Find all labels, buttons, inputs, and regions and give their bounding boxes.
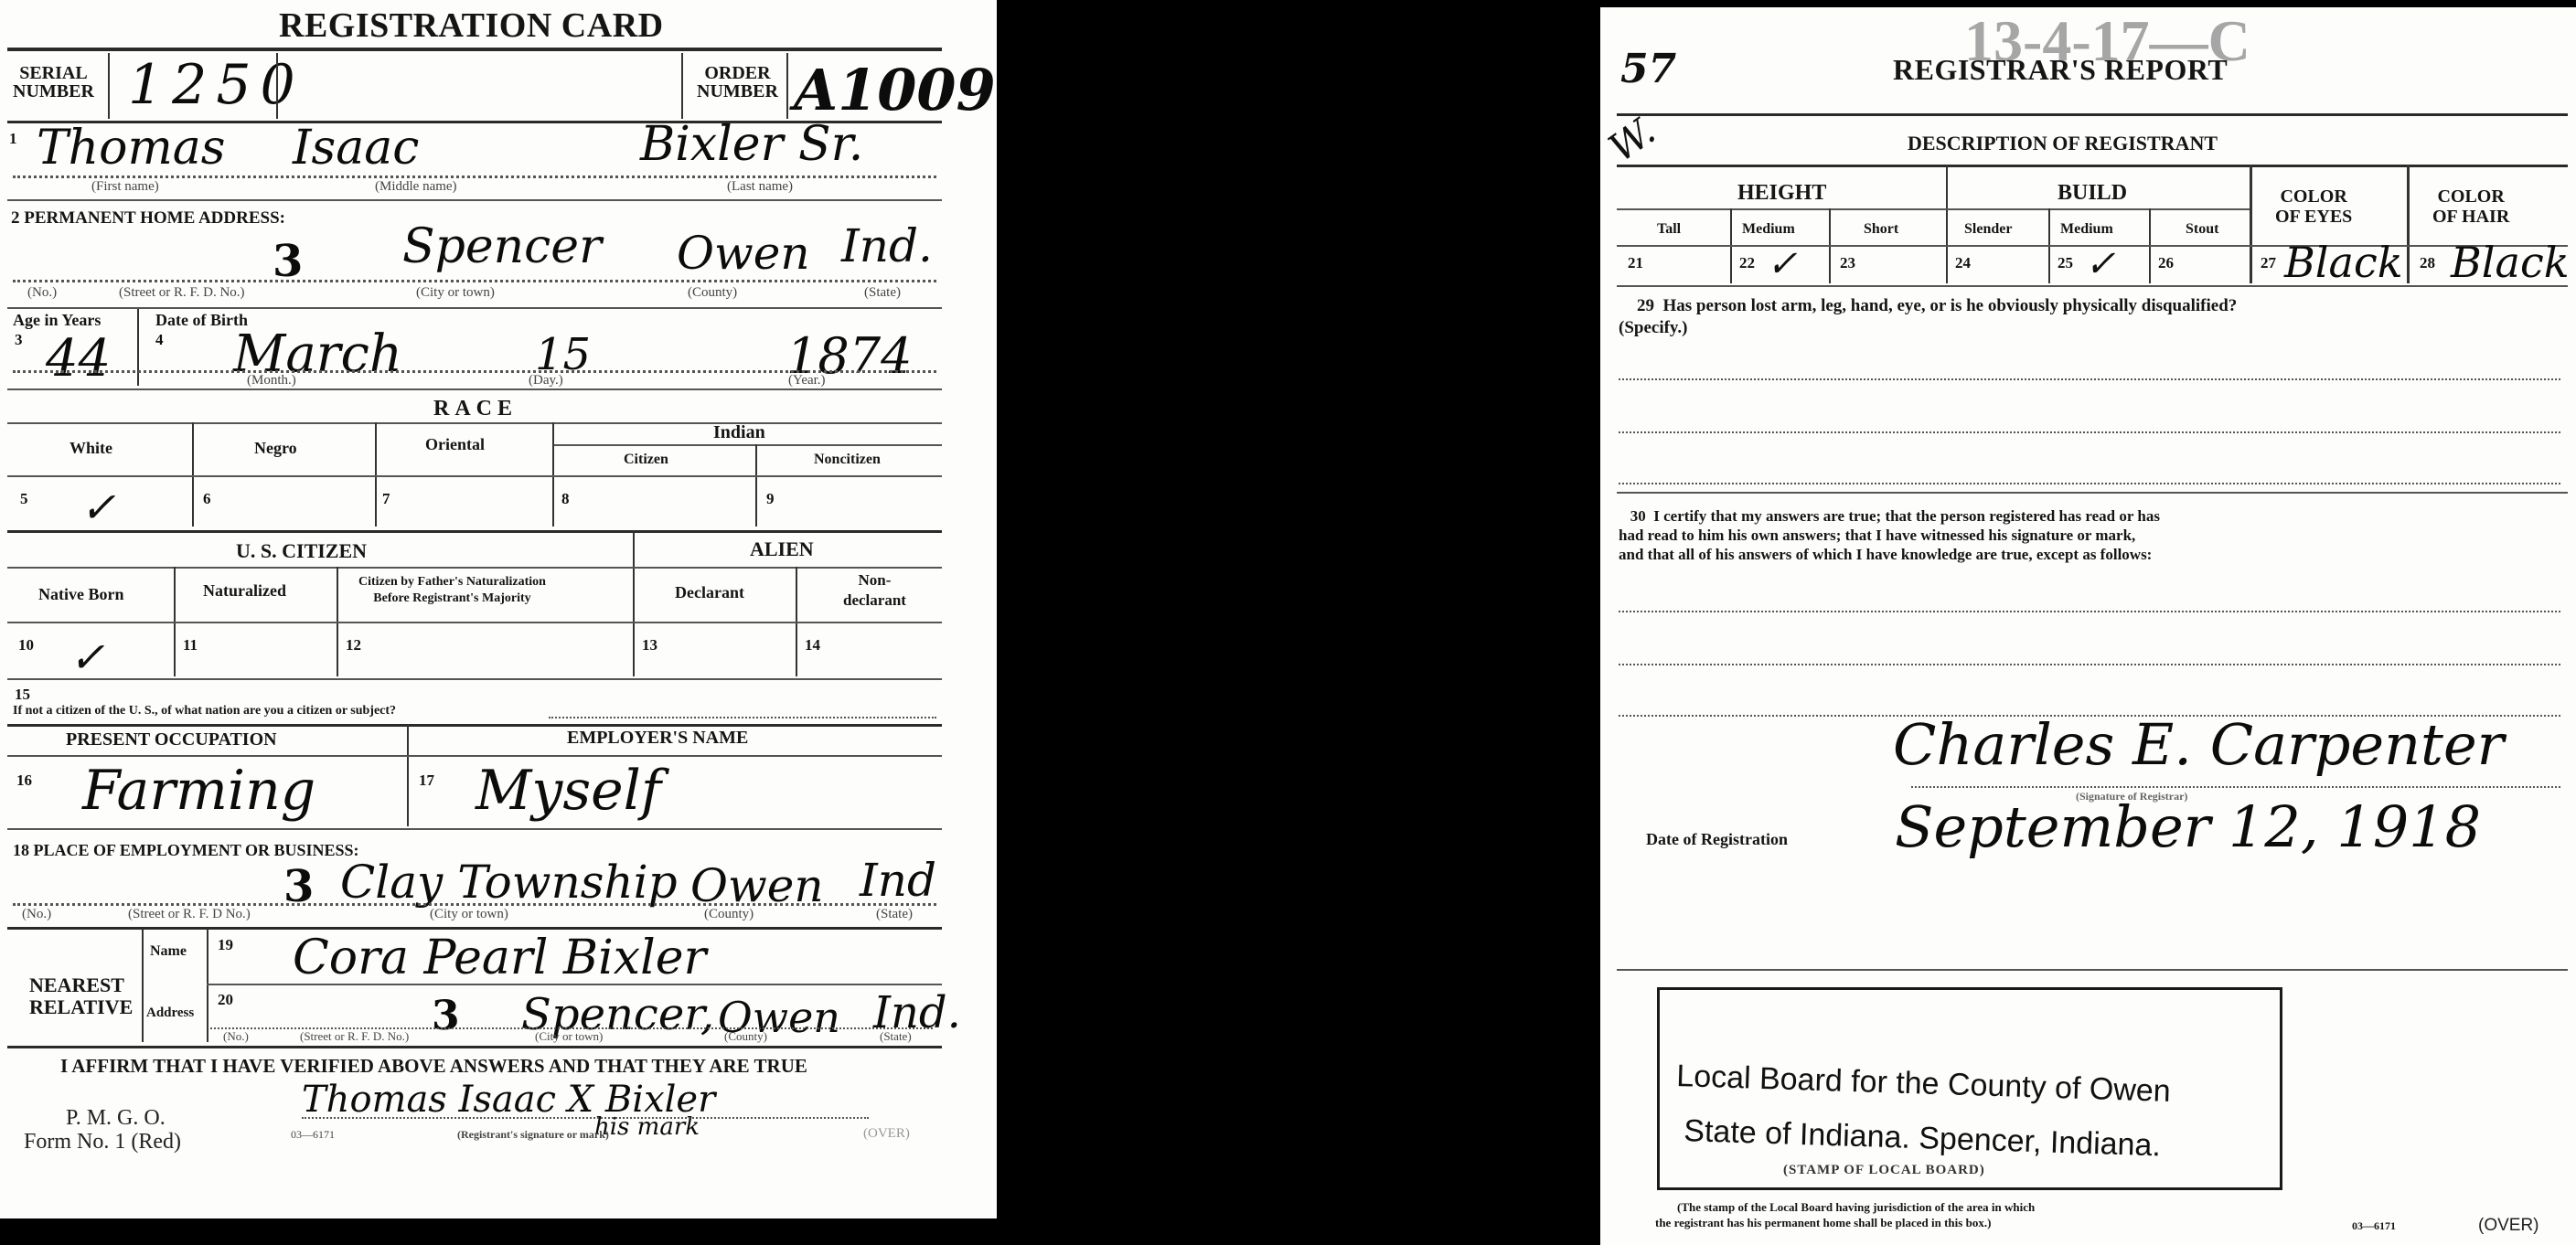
race-col-oriental: Oriental [425,435,485,454]
affirmation-text: I AFFIRM THAT I HAVE VERIFIED ABOVE ANSW… [60,1055,807,1078]
divider [7,48,942,51]
certification-line1-text: I certify that my answers are true; that… [1653,507,2160,525]
divider [7,828,942,830]
stamp-instruction: (The stamp of the Local Board having jur… [1655,1199,2035,1230]
nearest-relative-label: NEAREST RELATIVE [29,974,133,1018]
certification-line3: and that all of his answers of which I h… [1619,545,2160,564]
field-number: 29 [1637,296,1654,315]
divider [1617,492,2568,494]
field-number: 9 [766,490,775,508]
white-checkmark: ✓ [80,483,116,532]
employer-value: Myself [476,759,661,823]
certification-line1: 30 I certify that my answers are true; t… [1619,506,2160,526]
divider [1617,165,2568,167]
order-number-value: A1009 [794,57,996,123]
hair-color-label-line1: COLOR [2432,186,2509,207]
nation-line [549,717,936,718]
caption-county: (County) [724,1029,767,1044]
field-number: 24 [1955,254,1971,272]
col-nondeclarant-line2: declarant [843,591,906,611]
order-label-line1: ORDER [697,64,778,82]
certification-line2: had read to him his own answers; that I … [1619,526,2160,545]
field-number: 19 [218,936,233,954]
eye-color-label: COLOR OF EYES [2275,186,2352,227]
race-col-indian-citizen: Citizen [624,452,668,468]
field-number: 21 [1628,254,1643,272]
home-address-city: Spencer [402,219,602,274]
divider [1617,969,2568,971]
month-caption: (Month.) [247,373,296,388]
employer-label: EMPLOYER'S NAME [567,728,748,749]
native-born-checkmark: ✓ [69,633,105,682]
field-number: 13 [642,636,657,654]
divider [7,927,942,930]
col-naturalized: Naturalized [203,581,286,601]
last-name-value: Bixler Sr. [640,117,863,172]
registrar-signature: Charles E. Carpenter [1893,711,2504,778]
col-citizen-by-father-line2: Before Registrant's Majority [358,591,546,607]
field-number: 12 [346,636,361,654]
divider [276,53,278,119]
hair-color-label-line2: OF HAIR [2432,207,2509,227]
registrar-report-back: 57 W. 13-4-17—C REGISTRAR'S REPORT DESCR… [1600,7,2576,1245]
caption-city: (City or town) [416,285,495,301]
col-citizen-by-father-line1: Citizen by Father's Naturalization [358,574,546,591]
divider [552,444,942,446]
relative-address-label: Address [146,1006,194,1021]
relative-address-number: 3 [432,993,460,1039]
last-name-caption: (Last name) [727,179,793,195]
caption-county: (County) [688,285,737,301]
divider [552,422,554,527]
first-name-caption: (First name) [91,179,159,195]
divider [7,622,942,623]
eye-color-label-line2: OF EYES [2275,207,2352,227]
occupation-label: PRESENT OCCUPATION [66,729,277,750]
stamp-caption: (STAMP OF LOCAL BOARD) [1783,1163,1985,1178]
divider [207,929,208,1042]
print-code: 03—6171 [291,1128,335,1142]
order-number-label: ORDER NUMBER [697,64,778,101]
height-medium-checkmark: ✓ [1767,243,1798,285]
divider [137,309,139,386]
divider [1946,165,1948,283]
caption-state: (State) [876,907,913,922]
employment-place-label: 18 PLACE OF EMPLOYMENT OR BUSINESS: [13,841,359,860]
age-value: 44 [46,329,111,388]
field-number: 26 [2158,254,2174,272]
answer-line [1619,431,2560,433]
col-tall: Tall [1657,221,1681,238]
name-line [13,176,936,178]
field-number: 1 [9,130,17,148]
divider [7,567,942,569]
caption-no: (No.) [27,285,57,301]
margin-mark: 57 [1620,46,1676,92]
employment-state: Ind [860,854,936,907]
divider [1617,113,2568,116]
answer-line [1619,611,2560,612]
field-number: 17 [419,771,434,790]
caption-state: (State) [880,1029,912,1044]
divider [755,444,757,527]
middle-name-value: Isaac [293,121,419,176]
divider [375,422,377,527]
disqualified-question: 29 Has person lost arm, leg, hand, eye, … [1637,296,2237,316]
divider [1617,285,2568,287]
stamp-instruction-line1: (The stamp of the Local Board having jur… [1655,1199,2035,1215]
divider [2407,165,2410,283]
nation-question: If not a citizen of the U. S., of what n… [13,704,396,718]
divider [207,984,942,985]
over-label: (OVER) [2478,1216,2539,1236]
col-citizen-by-father: Citizen by Father's Naturalization Befor… [358,574,546,607]
col-build-medium: Medium [2060,221,2113,238]
stamp-instruction-line2: the registrant has his permanent home sh… [1655,1215,2035,1230]
divider [7,199,942,201]
hair-color-value: Black [2451,238,2570,287]
divider [633,530,635,676]
eye-color-value: Black [2284,238,2403,287]
field-number: 6 [203,490,211,508]
signature-line [1911,786,2560,788]
field-number: 7 [382,490,390,508]
race-col-negro: Negro [254,439,297,458]
col-nondeclarant: Non- declarant [843,570,906,611]
over-label: (OVER) [863,1126,910,1142]
divider [7,724,942,727]
divider [2250,165,2252,283]
caption-no: (No.) [223,1029,249,1044]
indian-label: Indian [713,422,765,443]
specify-label: (Specify.) [1619,318,1687,338]
year-caption: (Year.) [788,373,826,388]
signature-line [302,1117,869,1119]
us-citizen-label: U. S. CITIZEN [236,539,367,563]
description-title: DESCRIPTION OF REGISTRANT [1908,132,2218,155]
field-number: 11 [183,636,198,654]
build-label: BUILD [2058,181,2127,206]
address-line [13,280,936,282]
field-number: 4 [155,331,164,349]
divider [7,475,942,477]
caption-street: (Street or R. F. D No.) [128,907,251,922]
field-number: 5 [20,490,28,508]
first-name-value: Thomas [37,121,225,176]
day-caption: (Day.) [529,373,563,388]
serial-label-line2: NUMBER [13,82,94,101]
divider [1617,208,2250,210]
race-col-white: White [69,439,112,458]
signature-caption: (Registrant's signature or mark) [457,1128,609,1142]
answer-line [1619,378,2560,380]
relative-name-label: Name [150,943,187,960]
home-address-label: 2 PERMANENT HOME ADDRESS: [11,208,285,229]
divider [786,53,788,119]
margin-scribble: W. [1600,108,1662,170]
caption-state: (State) [864,285,901,301]
serial-number-label: SERIAL NUMBER [13,64,94,101]
field-number: 28 [2420,254,2435,272]
nearest-relative-label-line2: RELATIVE [29,996,133,1018]
registration-card-front: REGISTRATION CARD SERIAL NUMBER 1250 ORD… [0,0,997,1218]
divider [7,388,942,390]
home-address-county: Owen [677,227,810,280]
field-number: 16 [16,771,32,790]
field-number: 20 [218,991,233,1009]
col-stout: Stout [2186,221,2218,238]
eye-color-label-line1: COLOR [2275,186,2352,207]
divider [108,53,110,119]
answer-line [1619,664,2560,665]
serial-label-line1: SERIAL [13,64,94,82]
race-title: RACE [433,397,518,421]
caption-city: (City or town) [535,1029,603,1044]
caption-city: (City or town) [430,907,508,922]
occupation-value: Farming [82,759,315,823]
caption-street: (Street or R. F. D. No.) [300,1029,409,1044]
card-title: REGISTRATION CARD [279,5,664,46]
field-number: 10 [18,636,34,654]
col-nondeclarant-line1: Non- [843,570,906,591]
registration-date-label: Date of Registration [1646,830,1788,849]
divider [7,678,942,680]
divider [681,53,683,119]
employment-city: Clay Township [340,856,678,909]
caption-no: (No.) [22,907,51,922]
divider [142,929,144,1042]
col-height-medium: Medium [1742,221,1795,238]
relative-name-value: Cora Pearl Bixler [293,931,706,985]
field-number: 14 [805,636,820,654]
certification-text: 30 I certify that my answers are true; t… [1619,506,2160,564]
col-short: Short [1864,221,1898,238]
race-col-indian-noncitizen: Noncitizen [814,452,881,468]
caption-county: (County) [704,907,754,922]
order-label-line2: NUMBER [697,82,778,101]
registration-date-value: September 12, 1918 [1895,793,2481,860]
alien-label: ALIEN [750,537,814,561]
disqualified-question-text: Has person lost arm, leg, hand, eye, or … [1663,296,2238,315]
col-slender: Slender [1964,221,2012,238]
divider [407,724,409,826]
employment-line [13,903,936,906]
divider [7,530,942,533]
home-address-state: Ind. [841,219,933,272]
form-id-line2: Form No. 1 (Red) [24,1130,181,1155]
field-number: 8 [561,490,570,508]
col-native-born: Native Born [38,585,124,604]
field-number: 27 [2261,254,2276,272]
field-number: 23 [1840,254,1855,272]
age-label: Age in Years [13,311,101,330]
field-number: 15 [15,686,30,704]
answer-line [1619,483,2560,484]
field-number: 22 [1739,254,1755,272]
nearest-relative-label-line1: NEAREST [29,974,133,996]
field-number: 30 [1630,507,1646,525]
divider [7,755,942,757]
field-number: 25 [2058,254,2073,272]
build-medium-checkmark: ✓ [2085,243,2116,285]
report-title: REGISTRAR'S REPORT [1893,53,2228,87]
divider [7,422,942,424]
height-label: HEIGHT [1737,181,1826,206]
divider [192,422,194,527]
col-declarant: Declarant [675,583,744,602]
divider [7,1046,942,1048]
caption-street: (Street or R. F. D. No.) [119,285,245,301]
field-number: 3 [15,331,23,349]
divider [7,307,942,309]
middle-name-caption: (Middle name) [375,179,457,195]
hair-color-label: COLOR OF HAIR [2432,186,2509,227]
form-id-line1: P. M. G. O. [66,1106,166,1131]
print-code: 03—6171 [2352,1219,2396,1233]
